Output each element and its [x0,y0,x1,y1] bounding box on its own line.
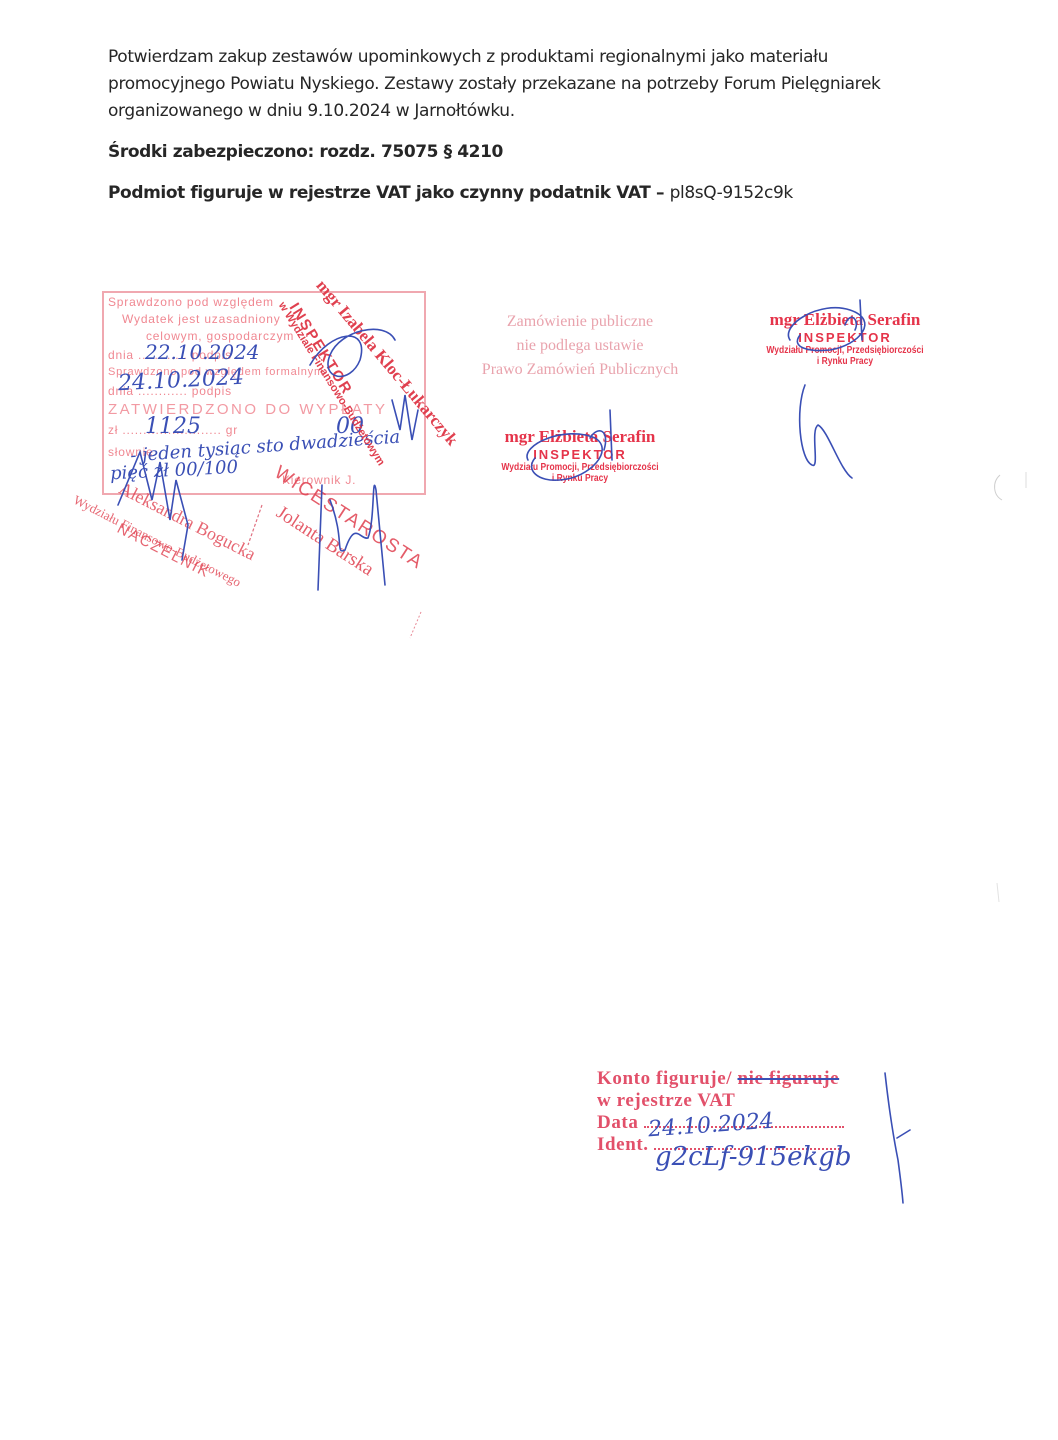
vat-stamp-line: w rejestrze VAT [597,1090,844,1112]
inspector-name: mgr Elżbieta Serafin [480,427,680,447]
inspector-dept: i Rynku Pracy [760,356,930,367]
inspector-stamp: mgr Elżbieta Serafin INSPEKTOR Wydziału … [480,427,680,484]
inspector-title: INSPEKTOR [745,330,945,345]
inspector-dept: Wydziału Promocji, Przedsiębiorczości [760,345,930,356]
paragraph-line: promocyjnego Powiatu Nyskiego. Zestawy z… [108,71,928,98]
vat-stamp-struck-option: nie figuruje [738,1068,840,1089]
vat-status-code: pl8sQ-9152c9k [670,183,793,203]
procurement-line: Zamówienie publiczne [455,310,705,334]
procurement-line: Prawo Zamówień Publicznych [455,358,705,382]
handwritten-date-1: 22.10.2024 [145,340,260,364]
procurement-line: nie podlega ustawie [455,334,705,358]
vat-stamp-line: Konto figuruje/ [597,1068,738,1089]
paragraph-line: organizowanego w dniu 9.10.2024 w Jarnoł… [108,98,928,125]
handwritten-amount-zl: 1125 [145,414,201,439]
inspector-name: mgr Elżbieta Serafin [745,310,945,330]
paragraph-line: Potwierdzam zakup zestawów upominkowych … [108,44,928,71]
document-page: Potwierdzam zakup zestawów upominkowych … [0,0,1058,1440]
vat-stamp-ident-label: Ident. [597,1134,649,1155]
vat-handwritten-ident: g2cLf-915ekgb [655,1142,852,1172]
control-stamp-line: Wydatek jest uzasadniony [122,312,281,326]
funds-line: Środki zabezpieczono: rozdz. 75075 § 421… [108,142,503,162]
inspector-dept: Wydziału Promocji, Przedsiębiorczości [495,462,665,473]
vat-stamp-date-label: Data [597,1112,638,1133]
vat-status-line: Podmiot figuruje w rejestrze VAT jako cz… [108,183,793,203]
inspector-dept: i Rynku Pracy [495,473,665,484]
inspector-title: INSPEKTOR [480,447,680,462]
confirmation-paragraph: Potwierdzam zakup zestawów upominkowych … [108,44,928,125]
procurement-stamp: Zamówienie publiczne nie podlega ustawie… [455,310,705,382]
vat-status-label: Podmiot figuruje w rejestrze VAT jako cz… [108,183,670,203]
signature-ink-overlay [0,0,1058,1440]
inspector-stamp: mgr Elżbieta Serafin INSPEKTOR Wydziału … [745,310,945,367]
signature-vat-icon [885,1073,910,1203]
control-stamp-line: Sprawdzono pod względem [108,295,274,309]
